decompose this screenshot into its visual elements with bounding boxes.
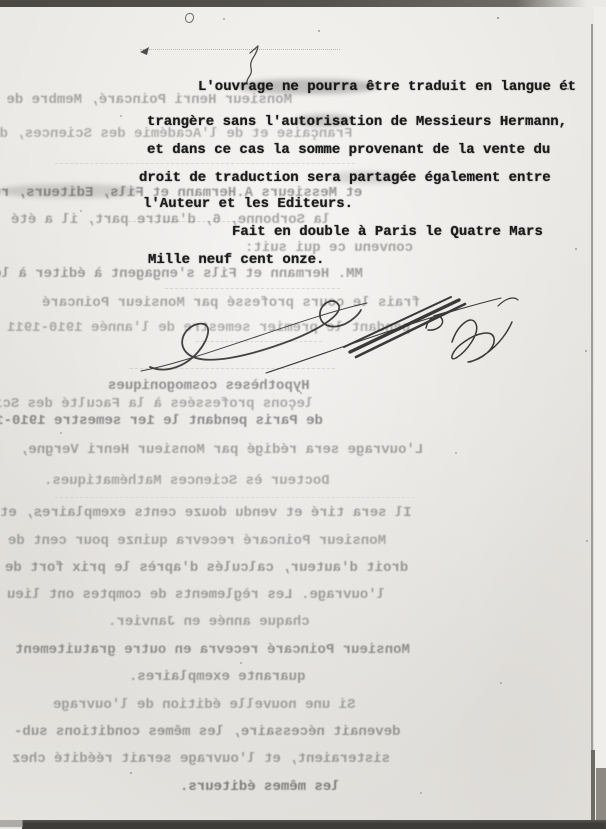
bleedthrough-line: sisteraient, et l'ouvrage serait réédité… — [12, 751, 390, 768]
typed-line: Fait en double à Paris le Quatre Mars — [232, 224, 543, 241]
bleedthrough-line: leçons professées à la Faculté des Scien… — [0, 396, 313, 413]
bleedthrough-line: Monsieur Poincaré recevra en outre gratu… — [15, 642, 410, 659]
scan-edge-top — [0, 0, 586, 7]
faint-rule — [140, 49, 340, 50]
page-edge-shadow — [591, 750, 595, 822]
bleedthrough-line: Docteur ès Sciences Mathématiques. — [44, 473, 330, 490]
ink-blot — [185, 13, 194, 23]
faint-rule — [130, 368, 335, 369]
scan-margin-right — [594, 7, 606, 829]
bleedthrough-line: Si une nouvelle édition de l'ouvrage — [53, 697, 355, 714]
bleedthrough-line: de Paris pendant le 1er semestre 1910-19… — [0, 413, 323, 430]
bleedthrough-line: L'ouvrage sera rédigé par Monsieur Henri… — [20, 442, 423, 459]
bleedthrough-line: Il sera tiré et vendu douze cents exempl… — [0, 505, 412, 522]
bleedthrough-line: devenait nécessaire, les mêmes condition… — [14, 724, 400, 741]
faint-rule — [55, 497, 415, 498]
bleedthrough-line: Hypothèses cosmogoniques — [108, 378, 310, 395]
bleedthrough-line: l'ouvrage. Les règlements de comptes ont… — [7, 587, 385, 604]
faint-rule — [128, 221, 240, 222]
scan-edge-bottom — [22, 820, 606, 829]
bleedthrough-line: quarante exemplaires. — [129, 669, 305, 686]
scanned-page: Monsieur Henri Poincaré, Membre de l'Aca… — [0, 0, 606, 829]
bleedthrough-line: Monsieur Poincaré recevra quinze pour ce… — [8, 533, 386, 550]
bleedthrough-line: frais le cours professé par Monsieur Poi… — [42, 295, 420, 312]
ink-smudge — [0, 184, 140, 198]
typed-line: trangère sans l'autorisation de Messieur… — [147, 114, 567, 131]
ink-smudge — [295, 114, 353, 127]
scan-edge-bottom-fragment — [0, 820, 23, 827]
faint-rule — [165, 288, 340, 289]
faint-rule — [55, 163, 355, 164]
bleedthrough-line: droit d'auteur, calculés d'après le prix… — [5, 560, 408, 577]
typed-line: l'Auteur et les Editeurs. — [143, 196, 353, 213]
bleedthrough-line: pendant le premier semestre de l'année 1… — [7, 320, 410, 337]
bleedthrough-line: les mêmes éditeurs. — [180, 779, 340, 796]
ink-smudge — [238, 79, 378, 94]
typed-line: et dans ce cas la somme provenant de la … — [147, 142, 550, 159]
ink-smudge — [330, 171, 405, 184]
bleedthrough-line: chaque année en Janvier. — [108, 614, 310, 631]
faint-rule — [196, 341, 322, 342]
typed-line: Mille neuf cent onze. — [148, 252, 324, 269]
scan-blotch — [596, 768, 606, 822]
page-edge-line — [591, 24, 593, 829]
